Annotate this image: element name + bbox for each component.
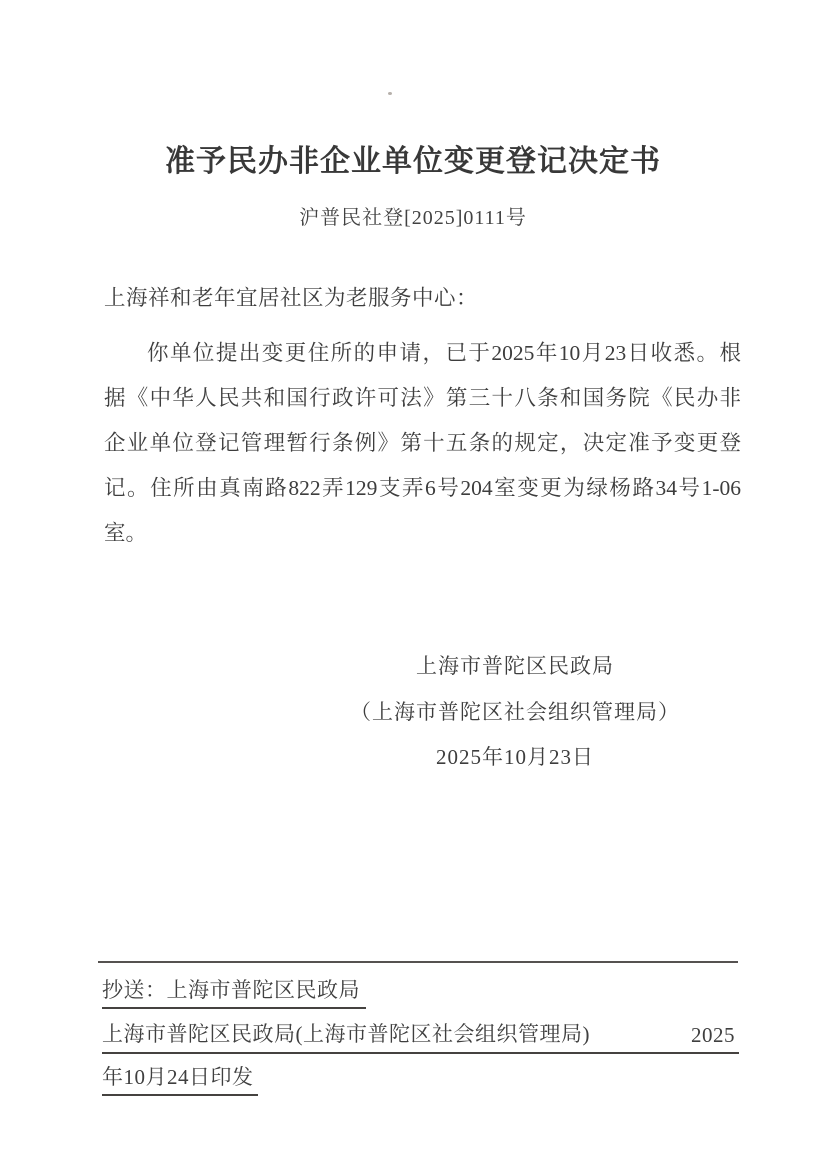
footer-issue-year: 2025 bbox=[691, 1023, 739, 1048]
body-line: 记。住所由真南路822弄129支弄6号204室变更为绿杨路34号1-06 bbox=[104, 466, 741, 511]
document-page: 准予民办非企业单位变更登记决定书 沪普民社登[2025]0111号 上海祥和老年… bbox=[0, 0, 826, 1168]
body-line: 你单位提出变更住所的申请，已于2025年10月23日收悉。根 bbox=[104, 331, 741, 376]
signature-org-alt: （上海市普陀区社会组织管理局） bbox=[280, 690, 750, 736]
footer-divider bbox=[98, 961, 738, 963]
footer-cc-line: 抄送：上海市普陀区民政局 bbox=[102, 974, 366, 1009]
body-paragraph: 你单位提出变更住所的申请，已于2025年10月23日收悉。根 据《中华人民共和国… bbox=[104, 331, 741, 556]
salutation-line: 上海祥和老年宜居社区为老服务中心： bbox=[104, 281, 478, 312]
document-number: 沪普民社登[2025]0111号 bbox=[0, 201, 826, 230]
document-title: 准予民办非企业单位变更登记决定书 bbox=[0, 136, 826, 180]
body-line: 企业单位登记管理暂行条例》第十五条的规定，决定准予变更登 bbox=[104, 421, 741, 466]
body-line: 室。 bbox=[104, 511, 741, 556]
footer-issue-date-text: 年10月24日印发 bbox=[102, 1061, 258, 1096]
signature-org: 上海市普陀区民政局 bbox=[280, 644, 750, 690]
footer-cc-text: 抄送：上海市普陀区民政局 bbox=[102, 974, 366, 1009]
footer-issue-date-line: 年10月24日印发 bbox=[102, 1061, 258, 1096]
signature-block: 上海市普陀区民政局 （上海市普陀区社会组织管理局） 2025年10月23日 bbox=[280, 644, 750, 781]
footer-issuer-text: 上海市普陀区民政局(上海市普陀区社会组织管理局) bbox=[102, 1018, 590, 1048]
footer-issuer-line: 上海市普陀区民政局(上海市普陀区社会组织管理局) 2025 bbox=[102, 1018, 739, 1054]
body-line: 据《中华人民共和国行政许可法》第三十八条和国务院《民办非 bbox=[104, 376, 741, 421]
signature-date: 2025年10月23日 bbox=[280, 735, 750, 781]
scan-speck bbox=[388, 92, 392, 95]
